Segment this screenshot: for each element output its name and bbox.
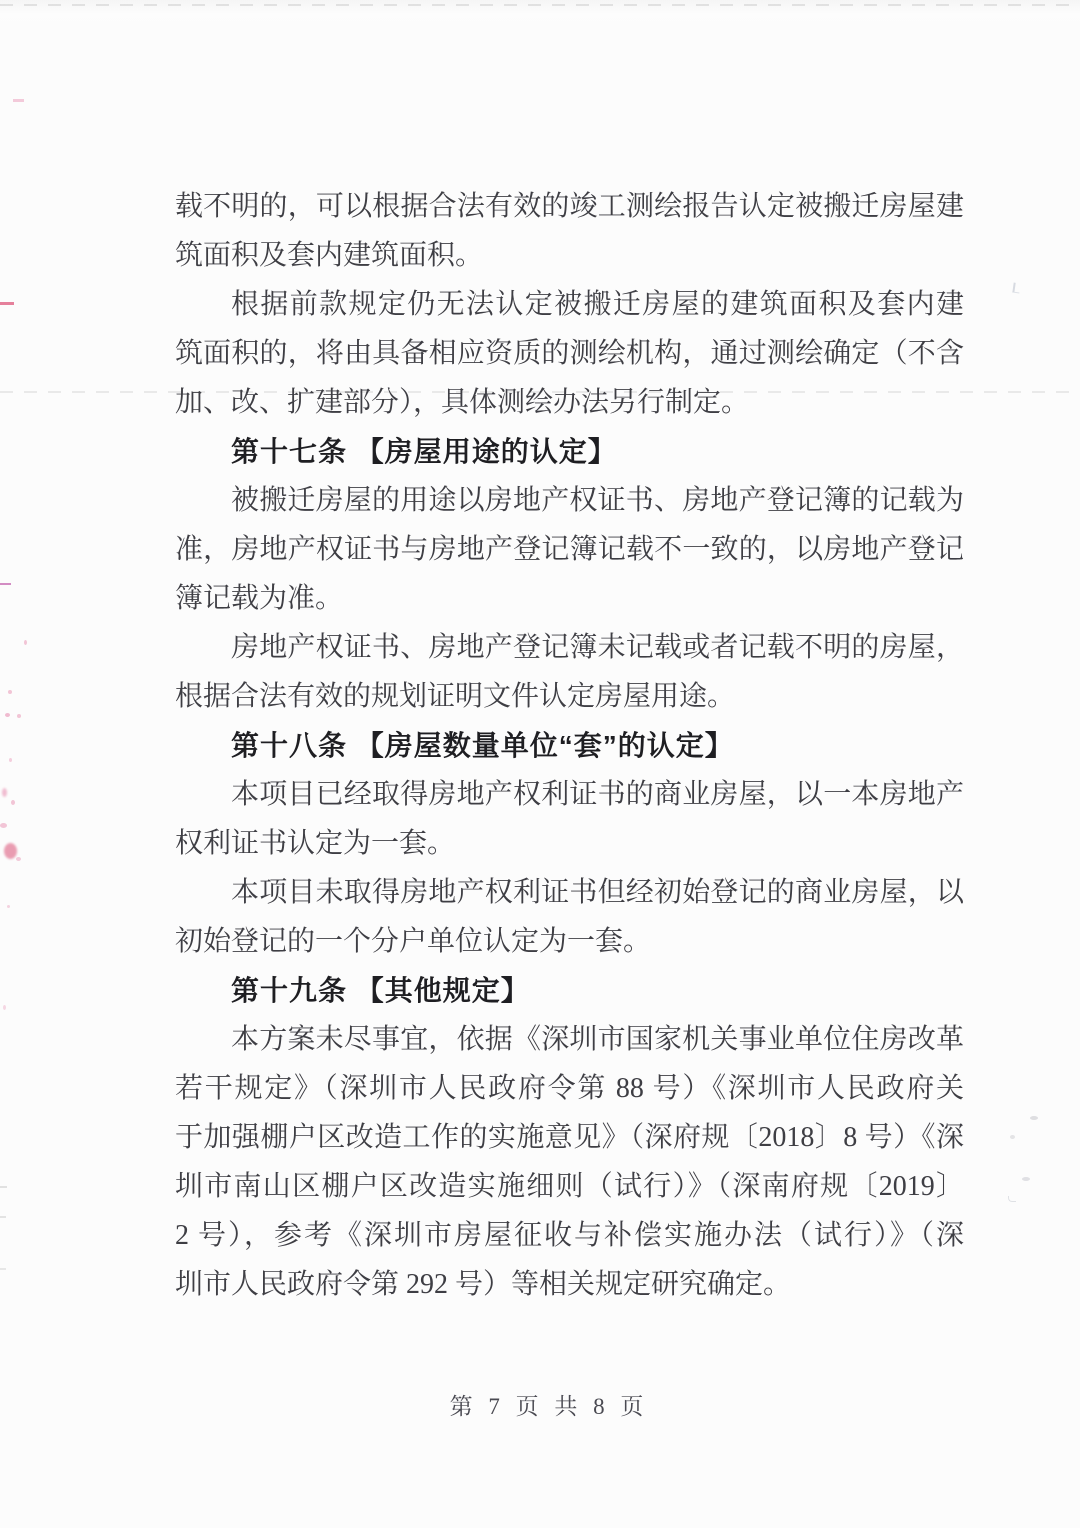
text-line: 圳市南山区棚户区改造实施细则（试行）》（深南府规〔2019〕: [175, 1162, 964, 1211]
text-line: 根据合法有效的规划证明文件认定房屋用途。: [175, 672, 964, 721]
article-heading: 第十八条 【房屋数量单位“套”的认定】: [175, 721, 964, 770]
text-line: 于加强棚户区改造工作的实施意见》（深府规〔2018〕8 号）《深: [175, 1113, 964, 1162]
article-heading: 第十九条 【其他规定】: [175, 966, 964, 1015]
text-line: 准，房地产权证书与房地产登记簿记载不一致的，以房地产登记: [175, 525, 964, 574]
text-line: 房地产权证书、房地产登记簿未记载或者记载不明的房屋，: [175, 623, 964, 672]
text-line: 被搬迁房屋的用途以房地产权证书、房地产登记簿的记载为: [175, 476, 964, 525]
document-content: 载不明的，可以根据合法有效的竣工测绘报告认定被搬迁房屋建筑面积及套内建筑面积。根…: [175, 182, 964, 1309]
text-line: 加、改、扩建部分），具体测绘办法另行制定。: [175, 378, 964, 427]
text-line: 本方案未尽事宜，依据《深圳市国家机关事业单位住房改革: [175, 1015, 964, 1064]
page-number: 第 7 页 共 8 页: [450, 1394, 649, 1419]
text-line: 圳市人民政府令第 292 号）等相关规定研究确定。: [175, 1260, 964, 1309]
text-line: 载不明的，可以根据合法有效的竣工测绘报告认定被搬迁房屋建: [175, 182, 964, 231]
text-line: 权利证书认定为一套。: [175, 819, 964, 868]
text-line: 筑面积及套内建筑面积。: [175, 231, 964, 280]
article-heading: 第十七条 【房屋用途的认定】: [175, 427, 964, 476]
document-lines: 载不明的，可以根据合法有效的竣工测绘报告认定被搬迁房屋建筑面积及套内建筑面积。根…: [175, 182, 964, 1309]
text-line: 若干规定》（深圳市人民政府令第 88 号）《深圳市人民政府关: [175, 1064, 964, 1113]
text-line: 本项目未取得房地产权利证书但经初始登记的商业房屋，以: [175, 868, 964, 917]
text-line: 簿记载为准。: [175, 574, 964, 623]
text-line: 根据前款规定仍无法认定被搬迁房屋的建筑面积及套内建: [175, 280, 964, 329]
text-line: 初始登记的一个分户单位认定为一套。: [175, 917, 964, 966]
text-line: 2 号），参考《深圳市房屋征收与补偿实施办法（试行）》（深: [175, 1211, 964, 1260]
page-footer: 第 7 页 共 8 页: [0, 1388, 1080, 1421]
text-line: 本项目已经取得房地产权利证书的商业房屋，以一本房地产: [175, 770, 964, 819]
text-line: 筑面积的，将由具备相应资质的测绘机构，通过测绘确定（不含: [175, 329, 964, 378]
